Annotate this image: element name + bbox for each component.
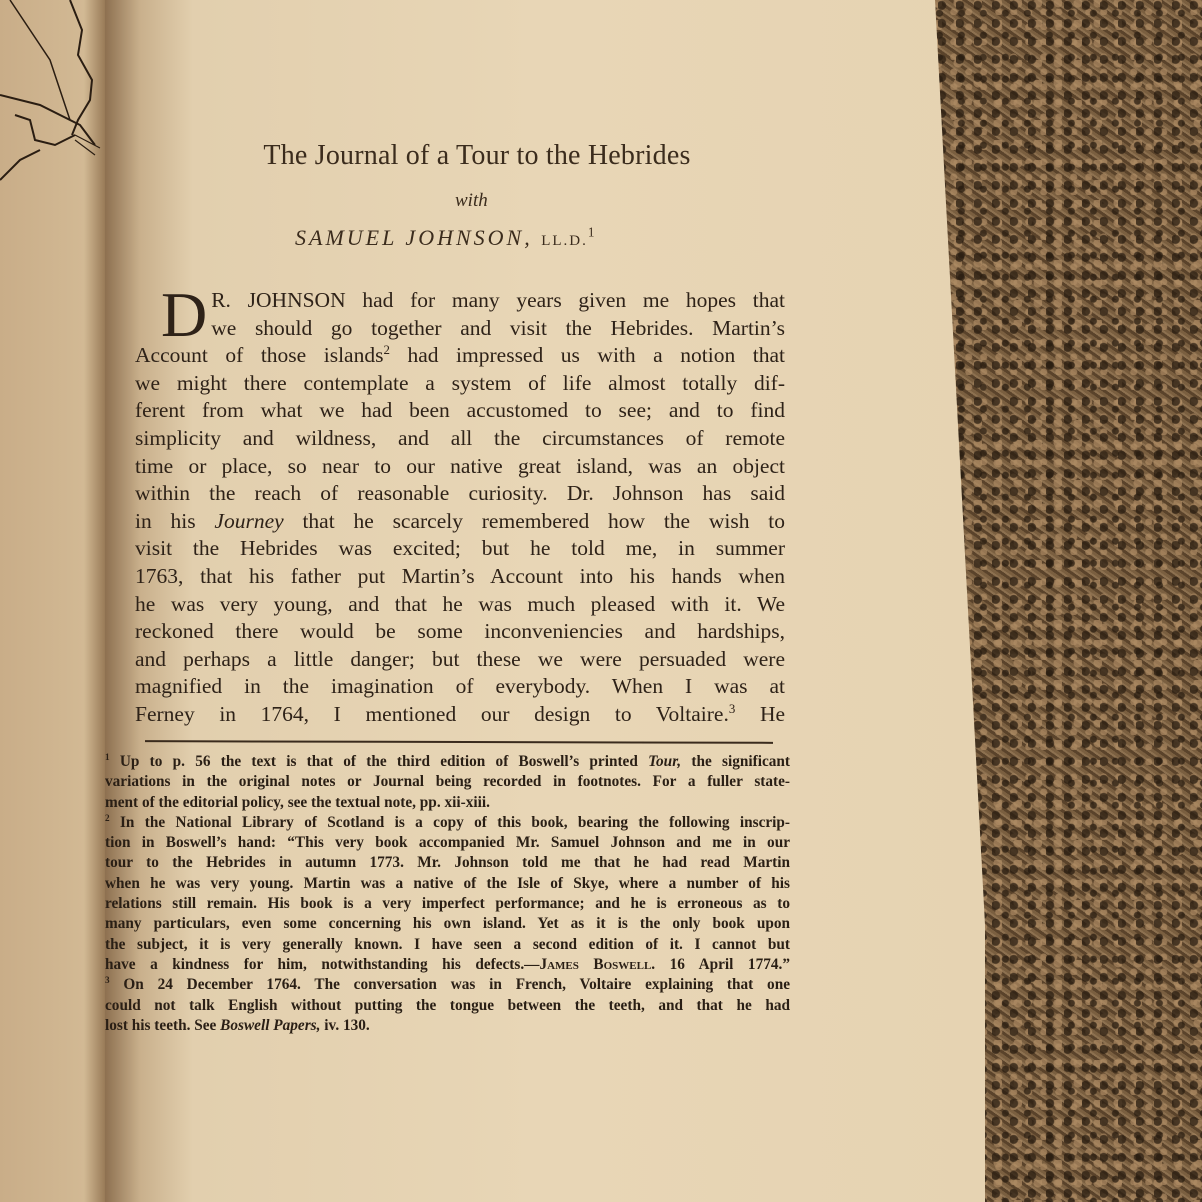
- footnote-line: tour to the Hebrides in autumn 1773. Mr.…: [105, 853, 790, 873]
- footnote-line: variations in the original notes or Jour…: [105, 772, 790, 792]
- footnote-line: the subject, it is very generally known.…: [105, 935, 790, 955]
- page-title: The Journal of a Tour to the Hebrides: [232, 140, 722, 172]
- body-line: ferent from what we had been accustomed …: [135, 397, 785, 425]
- body-line: we might there contemplate a system of l…: [135, 370, 785, 398]
- footnote-line: ment of the editorial policy, see the te…: [105, 793, 790, 813]
- footnote-line: tion in Boswell’s hand: “This very book …: [105, 833, 790, 853]
- body-line: simplicity and wildness, and all the cir…: [135, 425, 785, 453]
- author-degree: LL.D.: [541, 233, 588, 249]
- body-line: 1763, that his father put Martin’s Accou…: [135, 563, 785, 591]
- body-line: we should go together and visit the Hebr…: [135, 315, 785, 343]
- body-line: in his Journey that he scarcely remember…: [135, 508, 785, 536]
- author-name: SAMUEL JOHNSON,: [295, 225, 533, 250]
- footnote-1: 1 Up to p. 56 the text is that of the th…: [105, 752, 790, 772]
- body-line: Ferney in 1764, I mentioned our design t…: [135, 701, 785, 729]
- body-line: and perhaps a little danger; but these w…: [135, 646, 785, 674]
- body-line: Account of those islands2 had impressed …: [135, 342, 785, 370]
- subtitle-with: with: [455, 190, 488, 212]
- footnote-ref: 1: [588, 225, 598, 240]
- body-line: he was very young, and that he was much …: [135, 591, 785, 619]
- footnote-2: 2 In the National Library of Scotland is…: [105, 813, 790, 833]
- body-line: visit the Hebrides was excited; but he t…: [135, 535, 785, 563]
- body-paragraph: D R. JOHNSON had for many years given me…: [135, 287, 785, 729]
- body-line: magnified in the imagination of everybod…: [135, 673, 785, 701]
- body-line: reckoned there would be some inconvenien…: [135, 618, 785, 646]
- left-page-edge: [0, 0, 120, 1202]
- body-line: R. JOHNSON had for many years given me h…: [135, 287, 785, 315]
- footnote-3: 3 On 24 December 1764. The conversation …: [105, 975, 790, 995]
- body-line: within the reach of reasonable curiosity…: [135, 480, 785, 508]
- sketch-illustration-icon: [0, 0, 120, 300]
- body-line: time or place, so near to our native gre…: [135, 453, 785, 481]
- footnote-line: many particulars, even some concerning h…: [105, 914, 790, 934]
- footnotes: 1 Up to p. 56 the text is that of the th…: [105, 752, 790, 1036]
- footnote-line: lost his teeth. See Boswell Papers, iv. …: [105, 1016, 790, 1036]
- footnote-line: when he was very young. Martin was a nat…: [105, 874, 790, 894]
- footnote-line: could not talk English without putting t…: [105, 996, 790, 1016]
- author-line: SAMUEL JOHNSON, LL.D.1: [295, 225, 597, 251]
- drop-cap: D: [161, 289, 207, 341]
- footnote-line: relations still remain. His book is a ve…: [105, 894, 790, 914]
- footnote-line: have a kindness for him, notwithstanding…: [105, 955, 790, 975]
